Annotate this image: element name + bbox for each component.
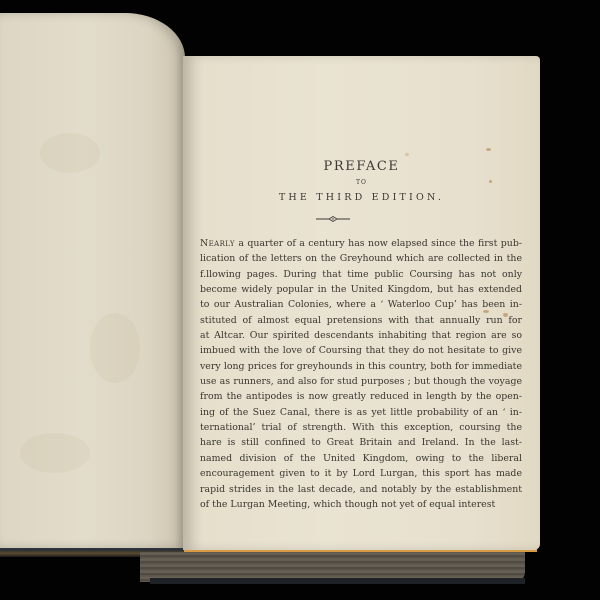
text-line: encouragement given to it by Lord Lurgan… [200, 466, 522, 481]
left-page [0, 13, 185, 548]
page-foxing [90, 313, 140, 383]
foxing-stain [405, 153, 409, 156]
page-foxing [20, 433, 90, 473]
right-page: PREFACE TO THE THIRD EDITION. Nearly a q… [183, 56, 540, 550]
foxing-stain [486, 148, 491, 151]
preface-heading: PREFACE [183, 159, 540, 174]
text-line: very long prices for greyhounds in this … [200, 359, 522, 374]
text-line: rapid strides in the last decade, and no… [200, 482, 522, 497]
photo-scene: PREFACE TO THE THIRD EDITION. Nearly a q… [0, 0, 600, 600]
text-line: become widely popular in the United King… [200, 282, 522, 297]
text-line: ternational’ trial of strength. With thi… [200, 420, 522, 435]
preface-to: TO [183, 179, 540, 186]
opening-word: Nearly [200, 238, 235, 249]
back-cover-edge [150, 578, 525, 584]
text-line: lication of the letters on the Greyhound… [200, 251, 522, 266]
preface-edition: THE THIRD EDITION. [183, 192, 540, 203]
preface-body: Nearly a quarter of a century has now el… [200, 236, 522, 512]
text-line: at Altcar. Our spirited descendants inha… [200, 328, 522, 343]
text-line: Nearly a quarter of a century has now el… [200, 236, 522, 251]
text-line: ing of the Suez Canal, there is as yet l… [200, 405, 522, 420]
ornament-divider-icon [316, 216, 350, 222]
page-foxing [40, 133, 100, 173]
text-line: to our Australian Colonies, where a ‘ Wa… [200, 297, 522, 312]
text-line: f.llowing pages. During that time public… [200, 267, 522, 282]
text-line: hare is still confined to Great Britain … [200, 435, 522, 450]
text-line: from the antipodes is now greatly reduce… [200, 389, 522, 404]
text-line: stituted of almost equal pretensions wit… [200, 313, 522, 328]
text-line: named division of the United Kingdom, ow… [200, 451, 522, 466]
text-line: use as runners, and also for stud purpos… [200, 374, 522, 389]
text-line: of the Lurgan Meeting, which though not … [200, 497, 522, 512]
text-line: imbued with the love of Coursing that th… [200, 343, 522, 358]
